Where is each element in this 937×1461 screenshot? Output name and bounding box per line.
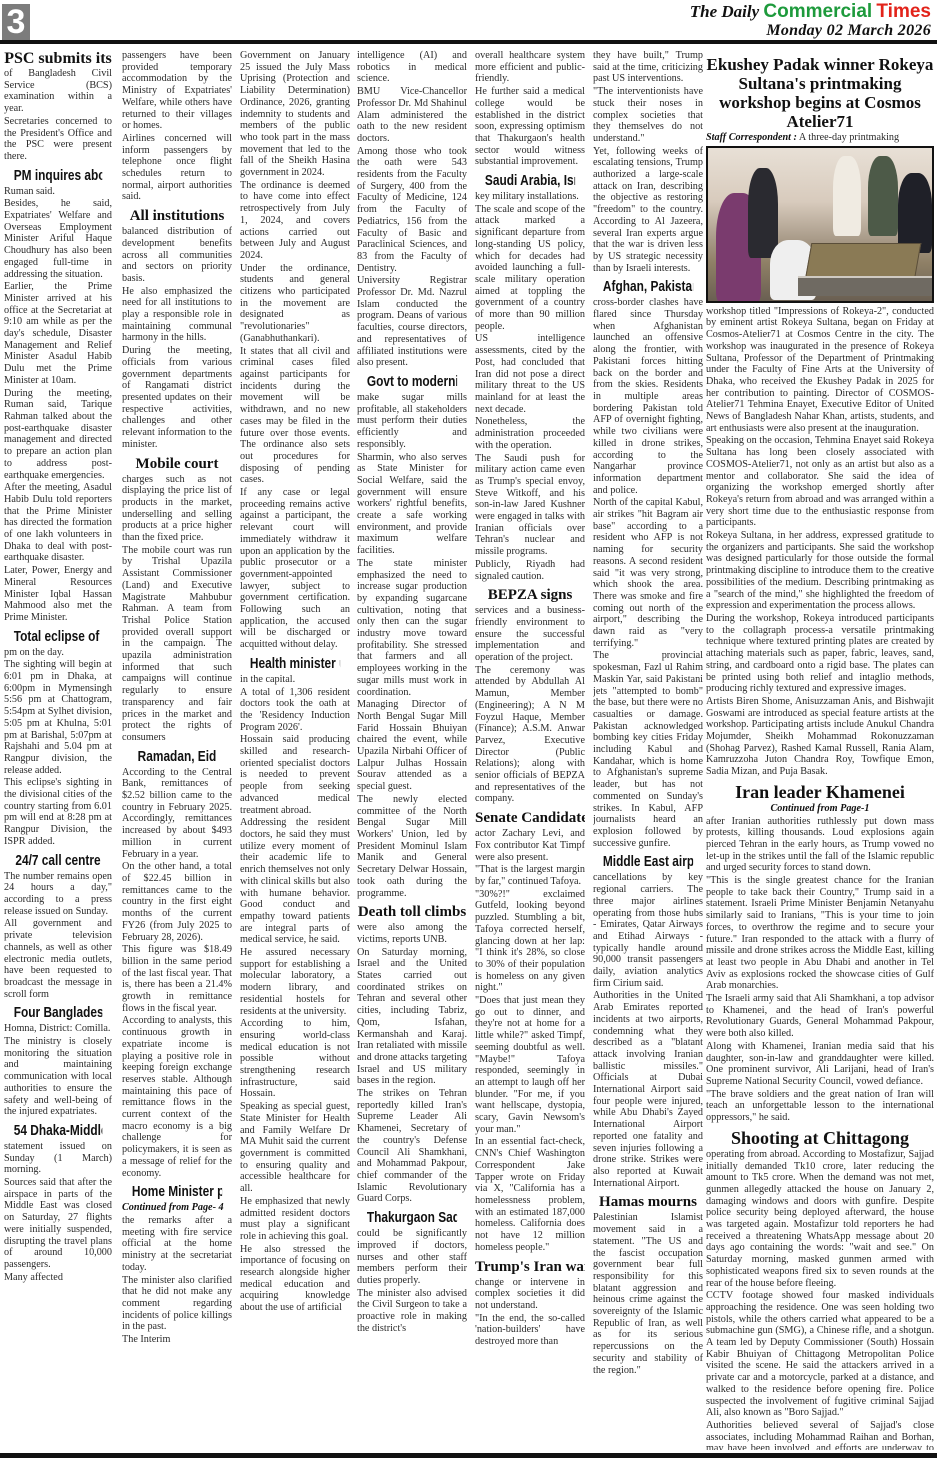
- paragraph: The ordinance is deemed to have come int…: [240, 180, 350, 262]
- paragraph: Rokeya Sultana, in her address, expresse…: [706, 530, 934, 612]
- paragraph: Later, Power, Energy and Mineral Resourc…: [4, 565, 112, 624]
- paragraph: According to him, ensuring world-class m…: [240, 1018, 350, 1100]
- paragraph: Yet, following weeks of escalating tensi…: [593, 146, 703, 275]
- paragraph: make sugar mills profitable, all stakeho…: [357, 392, 467, 451]
- paragraph: could be significantly improved if docto…: [357, 1228, 467, 1287]
- paragraph: BMU Vice-Chancellor Professor Dr. Md Sha…: [357, 86, 467, 145]
- continued-note: Continued from Page-1: [706, 803, 934, 815]
- paragraph: Nonetheless, the administration proceede…: [475, 416, 585, 451]
- paragraph: Under the ordinance, students and genera…: [240, 263, 350, 345]
- brand-commercial: Commercial: [763, 1, 872, 22]
- paragraph: cross-border clashes have flared since T…: [593, 297, 703, 496]
- paragraph: Palestinian Islamist movement said in a …: [593, 1212, 703, 1376]
- paragraph: The ceremony was attended by Abdullah Al…: [475, 665, 585, 805]
- headline: All institutions: [122, 208, 232, 225]
- paragraph: All government and private television ch…: [4, 918, 112, 1000]
- column-6: they have built," Trump said at the time…: [593, 50, 703, 1450]
- paragraph: The Saudi push for military action came …: [475, 453, 585, 558]
- paragraph: He emphasized that newly admitted reside…: [240, 1196, 350, 1243]
- headline: BEPZA signs: [475, 587, 585, 604]
- column-5: overall healthcare system more efficient…: [475, 50, 585, 1450]
- paragraph: the remarks after a meeting with fire se…: [122, 1215, 232, 1274]
- paragraph: Secretaries concerned to the President's…: [4, 116, 112, 163]
- paragraph: were also among the victims, reports UNB…: [357, 922, 467, 945]
- iran-leader-body: after Iranian authorities ruthlessly put…: [706, 816, 934, 1124]
- headline: Four Bangladeshis: [14, 1005, 103, 1022]
- paragraph: The ministry is closely monitoring the s…: [4, 1036, 112, 1118]
- paragraph: Government on January 25 issued the July…: [240, 50, 350, 179]
- paragraph: Speaking on the occasion, Tehmina Enayet…: [706, 435, 934, 529]
- paragraph: North of the capital Kabul, air strikes …: [593, 497, 703, 649]
- masthead: The Daily Commercial Times Monday 02 Mar…: [690, 2, 931, 40]
- paragraph: Homna, District: Comilla.: [4, 1023, 112, 1035]
- paragraph: The number remains open 24 hours a day,"…: [4, 871, 112, 918]
- paragraph: The provincial spokesman, Fazl ul Rahim …: [593, 650, 703, 849]
- paragraph: According to the Central Bank, remittanc…: [122, 767, 232, 861]
- paragraph: "In the end, the so-called 'nation-build…: [475, 1313, 585, 1348]
- headline: Thakurgaon Sadar: [367, 1210, 457, 1227]
- paragraph: He assured necessary support for establi…: [240, 947, 350, 1017]
- paragraph: A total of 1,306 resident doctors took t…: [240, 687, 350, 734]
- headline: Senate Candidate: [475, 810, 585, 827]
- headline: 54 Dhaka-Middle: [14, 1123, 103, 1140]
- byline: Staff Correspondent :: [706, 132, 797, 143]
- headline: Health minister urges: [250, 656, 340, 673]
- paragraph: balanced distribution of development ben…: [122, 226, 232, 285]
- paragraph: Earlier, the Prime Minister arrived at h…: [4, 281, 112, 386]
- paragraph: after Iranian authorities ruthlessly put…: [706, 816, 934, 875]
- headline-iran-leader: Iran leader Khamenei: [706, 783, 934, 802]
- paragraph: Many affected: [4, 1272, 112, 1284]
- paragraph: "Does that just mean they go out to dinn…: [475, 995, 585, 1135]
- headline: Mobile court: [122, 456, 232, 473]
- paragraph: "The brave soldiers and the great nation…: [706, 1089, 934, 1124]
- paragraph: statement issued on Sunday (1 March) mor…: [4, 1141, 112, 1176]
- paragraph: Speaking as special guest, State Ministe…: [240, 1101, 350, 1195]
- paragraph: The state minister emphasized the need t…: [357, 558, 467, 698]
- paragraph: This eclipse's sighting in the divisiona…: [4, 777, 112, 847]
- paragraph: operating from abroad. According to Most…: [706, 1149, 934, 1289]
- paragraph: Sharmin, who also serves as State Minist…: [357, 452, 467, 557]
- paragraph: The newly elected committee of the North…: [357, 794, 467, 899]
- paragraph: Sources said that after the airspace in …: [4, 1177, 112, 1271]
- paragraph: intelligence (AI) and robotics in medica…: [357, 50, 467, 85]
- column-2: passengers have been provided temporary …: [122, 50, 232, 1450]
- paragraph: University Registrar Professor Dr. Md. N…: [357, 275, 467, 369]
- paragraph: actor Zachary Levi, and Fox contributor …: [475, 828, 585, 863]
- paragraph: passengers have been provided temporary …: [122, 50, 232, 132]
- headline: Govt to modernize: [367, 374, 457, 391]
- feature-byline-para: Staff Correspondent : A three-day printm…: [706, 132, 934, 144]
- continued-note: Continued from Page- 4: [122, 1202, 232, 1214]
- paragraph: in the capital.: [240, 674, 350, 686]
- feature-headline: Ekushey Padak winner Rokeya Sultana's pr…: [706, 55, 934, 131]
- paragraph: CCTV footage showed four masked individu…: [706, 1290, 934, 1419]
- newspaper-brand: The Daily Commercial Times: [690, 2, 931, 22]
- paragraph: US intelligence assessments, cited by th…: [475, 333, 585, 415]
- paragraph: Hossain said producing skilled and resea…: [240, 734, 350, 816]
- paragraph: charges such as not displaying the price…: [122, 474, 232, 544]
- paragraph: If any case or legal proceeding remains …: [240, 487, 350, 651]
- paragraph: "This is the single greatest chance for …: [706, 875, 934, 992]
- paragraph: Airlines concerned will inform passenger…: [122, 133, 232, 203]
- brand-times: Times: [876, 1, 931, 22]
- paragraph: In an essential fact-check, CNN's Chief …: [475, 1136, 585, 1253]
- paragraph: The Israeli army said that Ali Shamkhani…: [706, 993, 934, 1040]
- paragraph: The minister also advised the Civil Surg…: [357, 1288, 467, 1335]
- paragraph: pm on the day.: [4, 647, 112, 659]
- paragraph: Publicly, Riyadh had signaled caution.: [475, 559, 585, 582]
- paragraph: Addressing the resident doctors, he said…: [240, 817, 350, 946]
- paragraph: This figure was $18.49 billion in the sa…: [122, 944, 232, 1014]
- column-1: PSC submits itsof Bangladesh Civil Servi…: [4, 50, 112, 1450]
- paragraph: "30%?!" exclaimed Gutfeld, looking beyon…: [475, 889, 585, 994]
- brand-prefix: The Daily: [690, 2, 759, 21]
- paragraph: Along with Khamenei, Iranian media said …: [706, 1041, 934, 1088]
- column-3: Government on January 25 issued the July…: [240, 50, 350, 1450]
- paragraph: workshop titled "Impressions of Rokeya-2…: [706, 306, 934, 435]
- paragraph: change or intervene in complex societies…: [475, 1277, 585, 1312]
- paragraph: The scale and scope of the attack marked…: [475, 204, 585, 333]
- headline: Ramadan, Eid: [132, 749, 222, 766]
- paragraph: According to analysts, this continuous g…: [122, 1015, 232, 1179]
- paragraph: During the workshop, Rokeya introduced p…: [706, 613, 934, 695]
- paragraph: After the meeting, Asadul Habib Dulu tol…: [4, 482, 112, 564]
- headline: Hamas mourns: [593, 1194, 703, 1211]
- headline: Trump's Iran war: [475, 1259, 585, 1276]
- paragraph: "The interventionists have stuck their n…: [593, 86, 703, 145]
- headline: Death toll climbs: [357, 904, 467, 921]
- headline: Saudi Arabia, Israel: [485, 173, 575, 190]
- paragraph: He also emphasized the need for all inst…: [122, 286, 232, 345]
- paragraph: Authorities believed several of Sajjad's…: [706, 1420, 934, 1450]
- headline: PSC submits its: [4, 50, 112, 67]
- column-4: intelligence (AI) and robotics in medica…: [357, 50, 467, 1450]
- workshop-photo: [706, 146, 934, 303]
- paragraph: of Bangladesh Civil Service (BCS) examin…: [4, 68, 112, 115]
- headline: Total eclipse of the: [14, 629, 103, 646]
- headline: PM inquires about: [14, 168, 103, 185]
- footer-rule: [0, 1453, 937, 1458]
- headline: 24/7 call centre: [14, 853, 103, 870]
- issue-date: Monday 02 March 2026: [690, 22, 931, 40]
- headline: Middle East airports: [603, 854, 693, 871]
- paragraph: Artists Biren Shome, Anisuzzaman Anis, a…: [706, 696, 934, 778]
- column-7-feature: Ekushey Padak winner Rokeya Sultana's pr…: [706, 50, 934, 1450]
- shooting-body: operating from abroad. According to Most…: [706, 1149, 934, 1450]
- paragraph: cancellations by key regional carriers. …: [593, 872, 703, 989]
- paragraph: It states that all civil and criminal ca…: [240, 346, 350, 486]
- paragraph: services and a business-friendly environ…: [475, 605, 585, 664]
- headline: Home Minister pledges: [132, 1184, 222, 1201]
- headline: Afghan, Pakistani: [603, 279, 693, 296]
- paragraph: Besides, he said, Expatriates' Welfare a…: [4, 198, 112, 280]
- paragraph: Managing Director of North Bengal Sugar …: [357, 699, 467, 793]
- paragraph: The Interim: [122, 1334, 232, 1346]
- paragraph: "That is the largest margin by far," con…: [475, 864, 585, 887]
- paragraph: On the other hand, a total of $22.45 bil…: [122, 861, 232, 943]
- paragraph: He also stressed the importance of focus…: [240, 1244, 350, 1314]
- lead-text: A three-day printmaking: [797, 132, 899, 143]
- feature-body: workshop titled "Impressions of Rokeya-2…: [706, 306, 934, 778]
- paragraph: The mobile court was run by Trishal Upaz…: [122, 545, 232, 744]
- paragraph: key military installations.: [475, 191, 585, 203]
- page-number-badge: 3: [2, 4, 30, 40]
- paragraph: During the meeting, officials from vario…: [122, 345, 232, 450]
- paragraph: overall healthcare system more efficient…: [475, 50, 585, 85]
- paragraph: The sighting will begin at 6:01 pm in Dh…: [4, 659, 112, 776]
- paragraph: Ruman said.: [4, 186, 112, 198]
- paragraph: He further said a medical college would …: [475, 86, 585, 168]
- header-rule: [0, 40, 937, 44]
- paragraph: On Saturday morning, Israel and the Unit…: [357, 947, 467, 1087]
- paragraph: During the meeting, Ruman said, Tarique …: [4, 388, 112, 482]
- paragraph: Among those who took the oath were 543 r…: [357, 146, 467, 275]
- headline-shooting-chittagong: Shooting at Chittagong: [706, 1129, 934, 1148]
- paragraph: The minister also clarified that he did …: [122, 1275, 232, 1334]
- paragraph: The strikes on Tehran reportedly killed …: [357, 1088, 467, 1205]
- paragraph: they have built," Trump said at the time…: [593, 50, 703, 85]
- paragraph: Authorities in the United Arab Emirates …: [593, 990, 703, 1189]
